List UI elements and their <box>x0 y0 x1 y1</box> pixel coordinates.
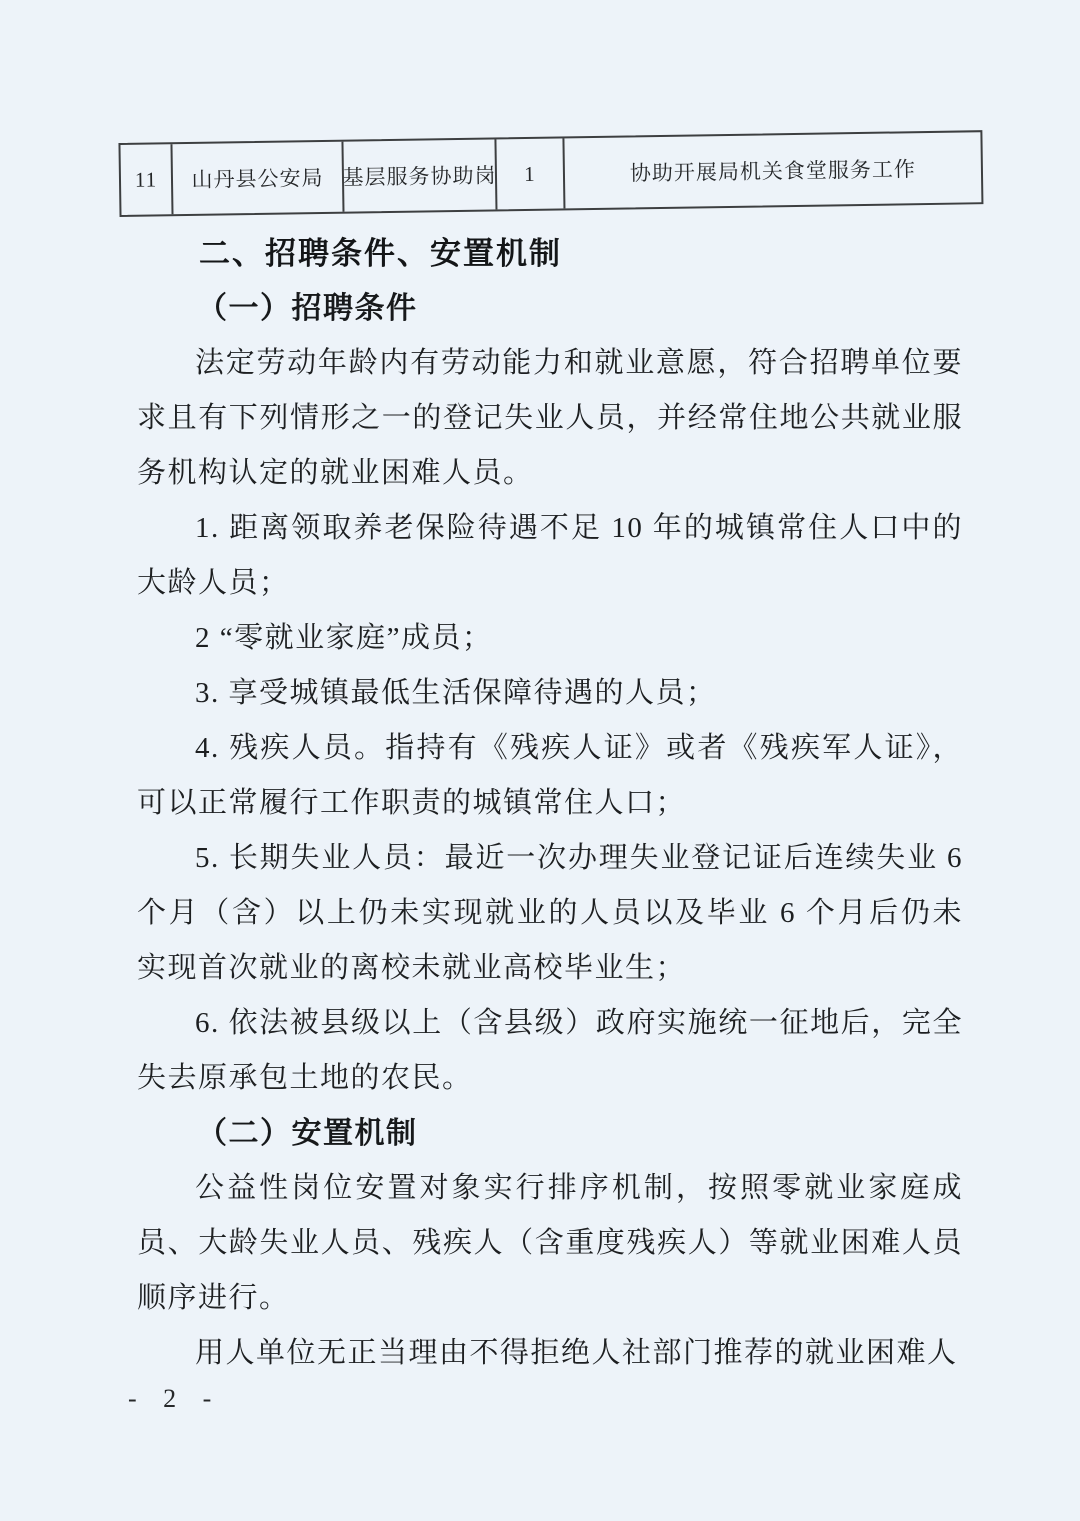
cell-unit-name: 山丹县公安局 <box>170 142 342 215</box>
para-item-4: 4. 残疾人员。指持有《残疾人证》或者《残疾军人证》，可以正常履行工作职责的城镇… <box>137 721 963 831</box>
para-item-3: 3. 享受城镇最低生活保障待遇的人员； <box>137 666 963 721</box>
cell-post-count: 1 <box>494 138 563 209</box>
cell-post-name: 基层服务协助岗 <box>341 139 495 211</box>
position-table-fragment: 11 山丹县公安局 基层服务协助岗 1 协助开展局机关食堂服务工作 <box>118 130 983 217</box>
subsection-heading-1: （一）招聘条件 <box>137 281 963 336</box>
para-placement: 公益性岗位安置对象实行排序机制，按照零就业家庭成员、大龄失业人员、残疾人（含重度… <box>137 1161 963 1326</box>
para-item-1: 1. 距离领取养老保险待遇不足 10 年的城镇常住人口中的大龄人员； <box>137 501 963 611</box>
para-item-6: 6. 依法被县级以上（含县级）政府实施统一征地后，完全失去原承包土地的农民。 <box>137 996 963 1106</box>
page-number: - 2 - <box>128 1384 221 1414</box>
document-body: 二、招聘条件、安置机制 （一）招聘条件 法定劳动年龄内有劳动能力和就业意愿，符合… <box>137 226 963 1381</box>
table-row: 11 山丹县公安局 基层服务协助岗 1 协助开展局机关食堂服务工作 <box>118 130 983 217</box>
cell-row-number: 11 <box>120 144 171 215</box>
para-item-2: 2 “零就业家庭”成员； <box>137 611 963 666</box>
section-heading: 二、招聘条件、安置机制 <box>137 226 963 281</box>
document-page: 11 山丹县公安局 基层服务协助岗 1 协助开展局机关食堂服务工作 二、招聘条件… <box>0 0 1080 1521</box>
para-employer: 用人单位无正当理由不得拒绝人社部门推荐的就业困难人 <box>137 1326 963 1381</box>
subsection-heading-2: （二）安置机制 <box>137 1106 963 1161</box>
para-item-5: 5. 长期失业人员：最近一次办理失业登记证后连续失业 6 个月（含）以上仍未实现… <box>137 831 963 996</box>
cell-post-duty: 协助开展局机关食堂服务工作 <box>562 132 981 208</box>
para-intro: 法定劳动年龄内有劳动能力和就业意愿，符合招聘单位要求且有下列情形之一的登记失业人… <box>137 336 963 501</box>
